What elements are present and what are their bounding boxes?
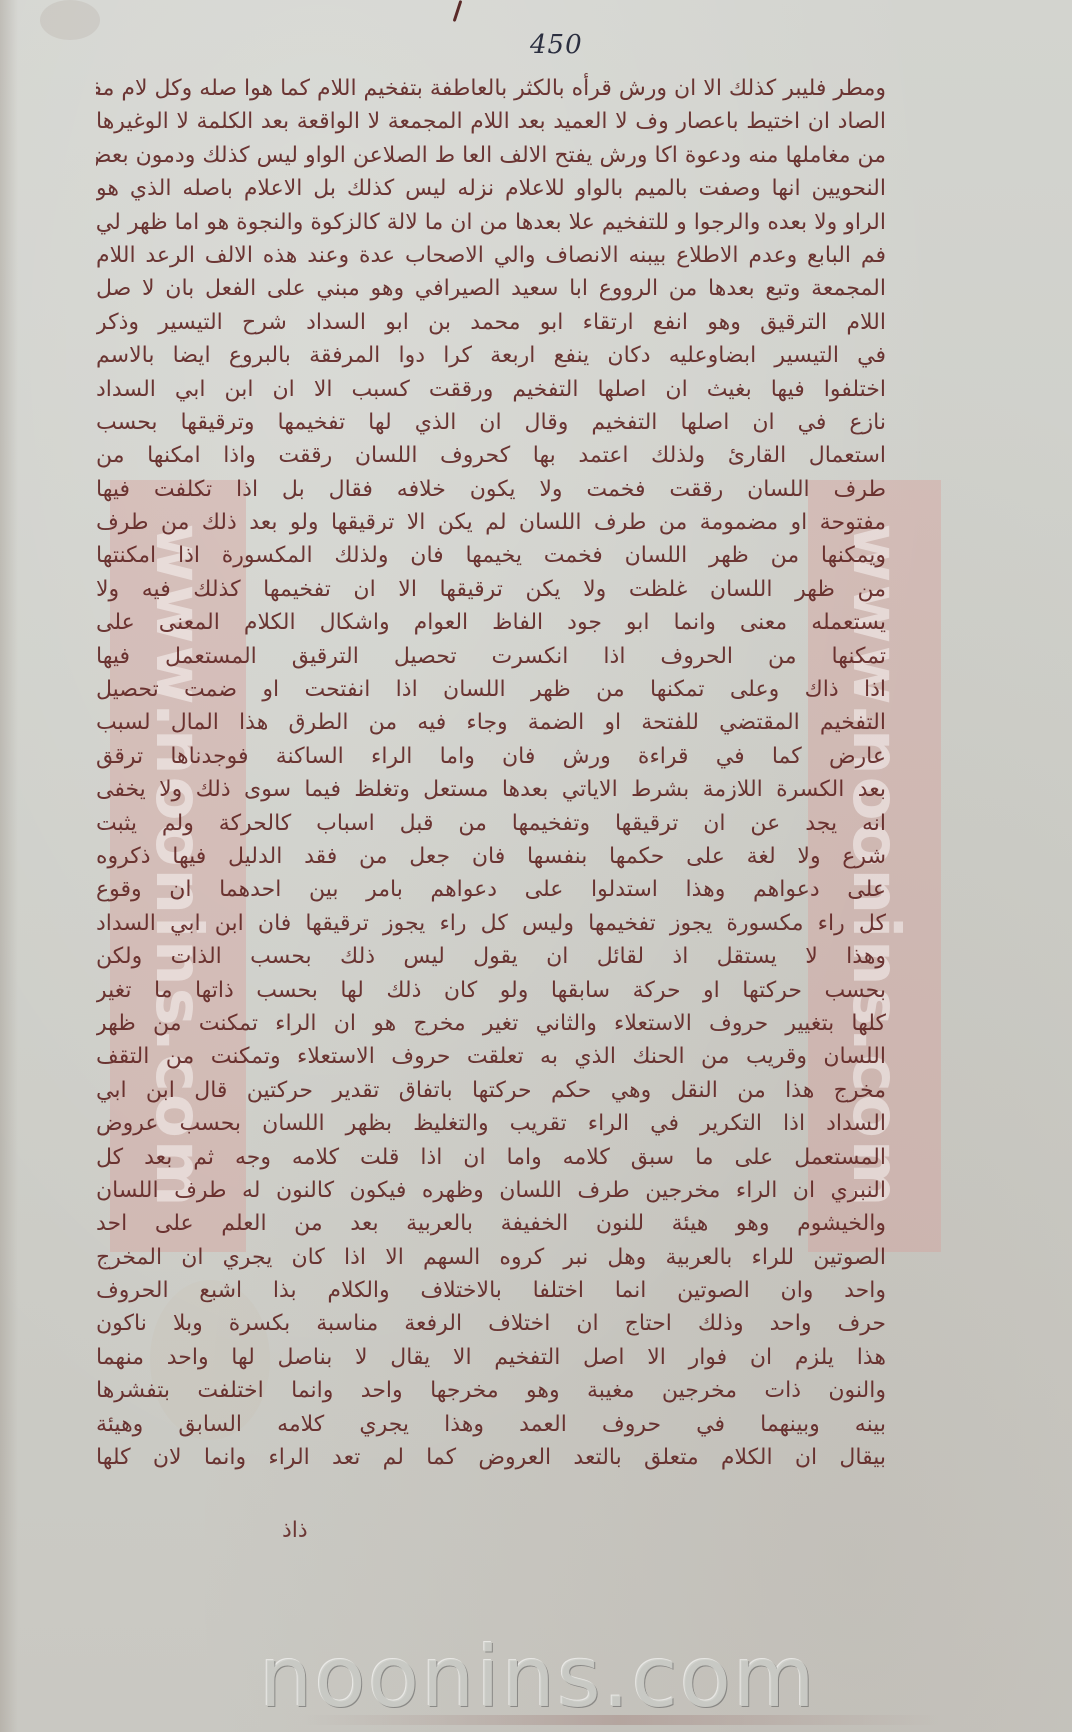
manuscript-page: 450 www.noonins.com www.noonins.com ومطر…	[0, 0, 1072, 1732]
manuscript-line: التفخيم المقتضي للفتحة او الضمة وجاء فيه…	[96, 706, 886, 739]
footer-watermark: noonins.com	[228, 1628, 848, 1726]
manuscript-line: الصاد ان اختيط باعصار وف لا العميد بعد ا…	[96, 105, 886, 138]
manuscript-line: الراو ولا بعده والرجوا و للتفخيم علا بعد…	[96, 206, 886, 239]
manuscript-line: واحد وان الصوتين انما اختلفا بالاختلاف و…	[96, 1274, 886, 1307]
manuscript-line: والنون ذات مخرجين مغيبة وهو مخرجها واحد …	[96, 1374, 886, 1407]
manuscript-line: الصوتين للراء بالعربية وهل نبر كروه السه…	[96, 1241, 886, 1274]
manuscript-line: وهذا لا يستقل اذ لقائل ان يقول ليس ذلك ب…	[96, 940, 886, 973]
manuscript-line: ومطر فليبر كذلك الا ان ورش قرأه بالكثر ب…	[96, 72, 886, 105]
top-ink-stroke	[453, 0, 463, 22]
manuscript-line: انه يجد عن ان ترقيقها وتفخيمها من قبل اس…	[96, 807, 886, 840]
manuscript-line: اختلفوا فيها بغيث ان اصلها التفخيم ورققت…	[96, 373, 886, 406]
manuscript-line: تمكنها من الحروف اذا انكسرت تحصيل الترقي…	[96, 640, 886, 673]
manuscript-line: المجمعة وتبع بعدها من الرووع ابا سعيد ال…	[96, 272, 886, 305]
manuscript-line: من مغاملها منه ودعوة اكا ورش يفتح الالف …	[96, 139, 886, 172]
manuscript-line: بينه وبينهما في حروف العمد وهذا يجري كلا…	[96, 1408, 886, 1441]
manuscript-line: بعد الكسرة اللازمة بشرط الاياتي بعدها مس…	[96, 773, 886, 806]
manuscript-text: ومطر فليبر كذلك الا ان ورش قرأه بالكثر ب…	[96, 72, 886, 1474]
manuscript-line: المستعمل على ما سبق كلامه واما ان اذا قل…	[96, 1141, 886, 1174]
manuscript-line: اللام الترقيق وهو انفع ارتقاء ابو محمد ب…	[96, 306, 886, 339]
manuscript-line: النبري ان الراء مخرجين طرف اللسان وظهره …	[96, 1174, 886, 1207]
manuscript-line: بحسب حركتها او حركة سابقها ولو كان ذلك ل…	[96, 974, 886, 1007]
manuscript-line: مفتوحة او مضمومة من طرف اللسان لم يكن ال…	[96, 506, 886, 539]
page-number: 450	[530, 30, 583, 60]
manuscript-line: في التيسير ابضاوعليه دكان ينفع اربعة كرا…	[96, 339, 886, 372]
manuscript-line: استعمال القارئ ولذلك اعتمد بها كحروف الل…	[96, 439, 886, 472]
manuscript-line: كلها بتغيير حروف الاستعلاء والثاني تغير …	[96, 1007, 886, 1040]
manuscript-line: شرع ولا لغة على حكمها بنفسها فان جعل من …	[96, 840, 886, 873]
manuscript-line: النحويين انها وصفت بالميم بالواو للاعلام…	[96, 172, 886, 205]
manuscript-line: حرف واحد وذلك احتاج ان اختلاف الرفعة منا…	[96, 1307, 886, 1340]
manuscript-line: مخرج هذا من النقل وهي حكم حركتها باتفاق …	[96, 1074, 886, 1107]
manuscript-line: نازع في ان اصلها التفخيم وقال ان الذي له…	[96, 406, 886, 439]
manuscript-line: السداد اذا التكرير في الراء تقريب والتغل…	[96, 1107, 886, 1140]
manuscript-line: من ظهر اللسان غلظت ولا يكن ترقيقها الا ا…	[96, 573, 886, 606]
manuscript-line: اذا ذاك وعلى تمكنها من ظهر اللسان اذا ان…	[96, 673, 886, 706]
catchword: ذاذ	[282, 1518, 308, 1543]
ink-stain	[40, 0, 100, 40]
manuscript-line: هذا يلزم ان فوار الا اصل التفخيم الا يقا…	[96, 1341, 886, 1374]
manuscript-line: ويمكنها من ظهر اللسان فخمت يخيمها فان ول…	[96, 539, 886, 572]
manuscript-line: اللسان وقريب من الحنك الذي به تعلقت حروف…	[96, 1040, 886, 1073]
manuscript-line: عارض كما في قراءة ورش فان واما الراء الس…	[96, 740, 886, 773]
manuscript-line: كل راء مكسورة يجوز تفخيمها وليس كل راء ي…	[96, 907, 886, 940]
manuscript-line: طرف اللسان رققت فخمت ولا يكون خلافه فقال…	[96, 473, 886, 506]
manuscript-line: يستعمله معنى وانما ابو جود الفاظ العوام …	[96, 606, 886, 639]
manuscript-line: بيقال ان الكلام متعلق بالتعد العروض كما …	[96, 1441, 886, 1474]
manuscript-line: على دعواهم وهذا استدلوا على دعواهم بامر …	[96, 873, 886, 906]
manuscript-line: والخيشوم وهو هيئة للنون الخفيفة بالعربية…	[96, 1207, 886, 1240]
bottom-smudge	[300, 1715, 940, 1725]
page-edge-shadow	[0, 0, 18, 1732]
manuscript-line: فم البابع وعدم الاطلاع بيبنه الانصاف وال…	[96, 239, 886, 272]
